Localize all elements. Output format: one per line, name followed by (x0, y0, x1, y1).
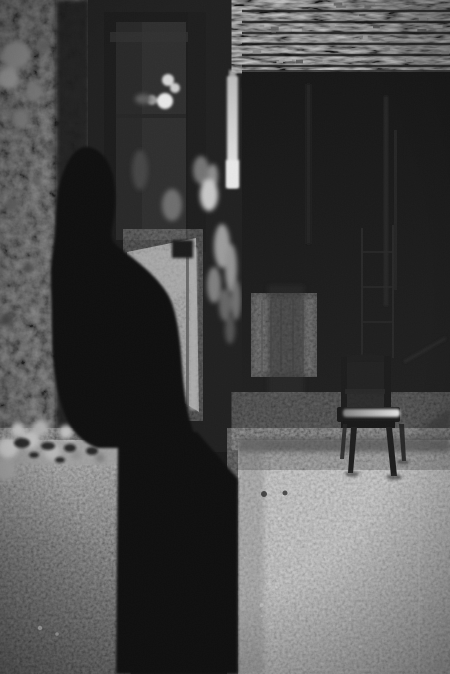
scene-canvas (0, 0, 450, 674)
film-grain (0, 0, 450, 674)
film-still-photo: A dark silhouette of a person's head and… (0, 0, 450, 674)
screenshot-root: A dark silhouette of a person's head and… (0, 0, 450, 674)
